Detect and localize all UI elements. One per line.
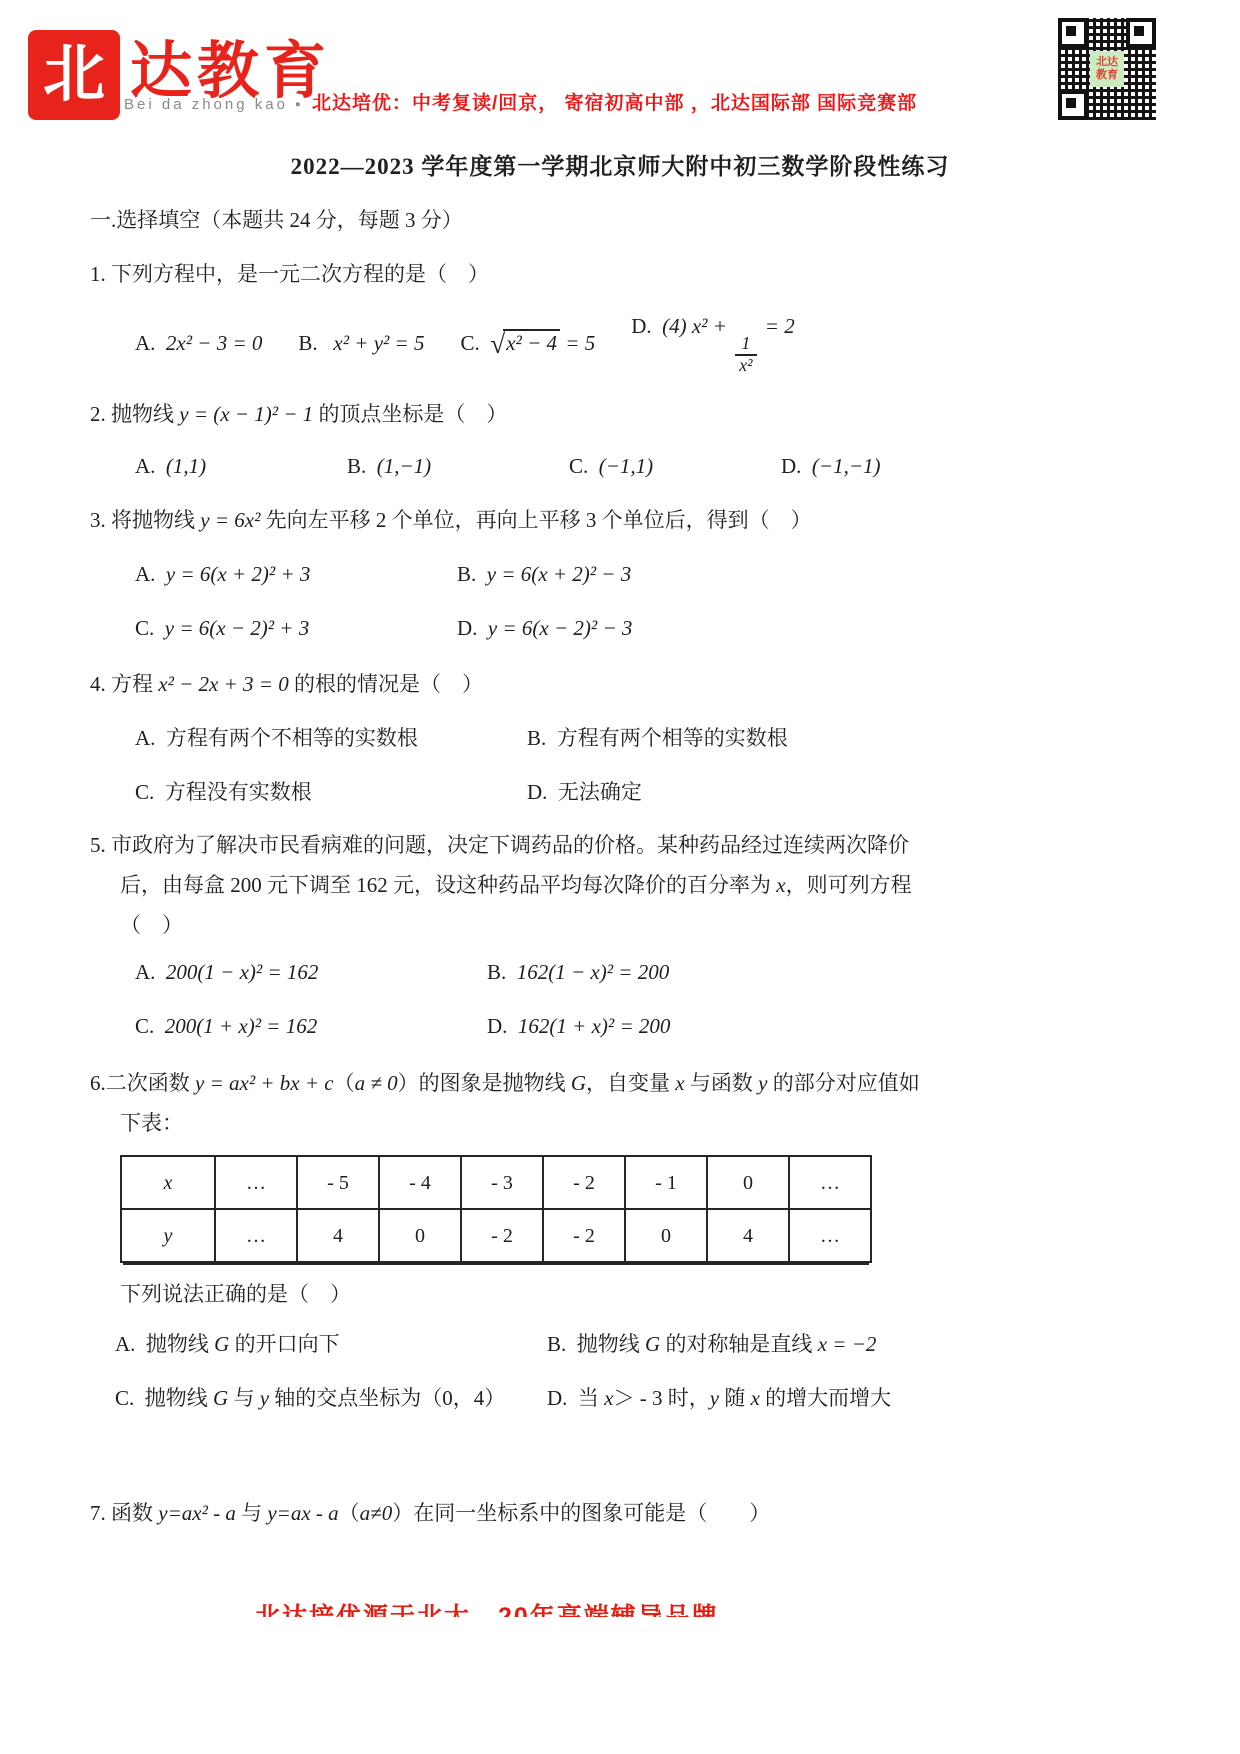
q2-option-a: A. (1,1) bbox=[135, 451, 347, 481]
q5-option-a: A. 200(1 − x)² = 162 bbox=[135, 957, 487, 987]
section-heading: 一.选择填空（本题共 24 分，每题 3 分） bbox=[90, 205, 958, 235]
q6-stem-line1: 6.二次函数 y = ax² + bx + c（a ≠ 0）的图象是抛物线 G，… bbox=[90, 1063, 958, 1103]
q4-stem: 4. 方程 x² − 2x + 3 = 0 的根的情况是（ ） bbox=[90, 669, 958, 699]
q2-options: A. (1,1) B. (1,−1) C. (−1,1) D. (−1,−1) bbox=[135, 451, 958, 481]
q6-table: x … - 5 - 4 - 3 - 2 - 1 0 … y … 4 0 - 2 … bbox=[120, 1155, 872, 1263]
q6-options: A. 抛物线 G 的开口向下 B. 抛物线 G 的对称轴是直线 x = −2 C… bbox=[115, 1329, 958, 1413]
q4-option-b: B. 方程有两个相等的实数根 bbox=[527, 723, 958, 753]
q3-options: A. y = 6(x + 2)² + 3 B. y = 6(x + 2)² − … bbox=[135, 559, 958, 643]
table-cell: 0 bbox=[379, 1209, 461, 1262]
footer-note: 北达培优源于北大，20年高端辅导品牌---- bbox=[255, 1597, 760, 1617]
q4-option-c: C. 方程没有实数根 bbox=[135, 777, 527, 807]
logo-seal-icon: 北 bbox=[28, 30, 120, 120]
q5-option-d: D. 162(1 + x)² = 200 bbox=[487, 1011, 958, 1041]
q4-option-d: D. 无法确定 bbox=[527, 777, 958, 807]
q3-option-b: B. y = 6(x + 2)² − 3 bbox=[457, 559, 958, 589]
seal-character: 北 bbox=[43, 44, 105, 106]
qr-label-line2: 教育 bbox=[1096, 69, 1118, 82]
logo-subtitle: Bei da zhong kao ▪ bbox=[124, 96, 303, 113]
q5-option-b: B. 162(1 − x)² = 200 bbox=[487, 957, 958, 987]
qr-center-label: 北达 教育 bbox=[1090, 51, 1124, 87]
q5-stem: 5. 市政府为了解决市民看病难的问题，决定下调药品的价格。某种药品经过连续两次降… bbox=[90, 825, 958, 945]
q4-option-a: A. 方程有两个不相等的实数根 bbox=[135, 723, 527, 753]
table-cell: … bbox=[215, 1209, 297, 1262]
table-cell: 0 bbox=[625, 1209, 707, 1262]
exam-page: 北 达教育 Bei da zhong kao ▪ 北达培优：中考复读/回京， 寄… bbox=[0, 0, 1240, 1754]
q6-table-row-x: x … - 5 - 4 - 3 - 2 - 1 0 … bbox=[121, 1156, 871, 1209]
q1-option-c: C. √x² − 4 = 5 bbox=[460, 328, 595, 359]
table-cell: … bbox=[215, 1156, 297, 1209]
table-cell: - 1 bbox=[625, 1156, 707, 1209]
q6-stem: 6.二次函数 y = ax² + bx + c（a ≠ 0）的图象是抛物线 G，… bbox=[90, 1063, 958, 1143]
q5-options: A. 200(1 − x)² = 162 B. 162(1 − x)² = 20… bbox=[135, 957, 958, 1041]
q6-table-row-y: y … 4 0 - 2 - 2 0 4 … bbox=[121, 1209, 871, 1262]
table-cell: … bbox=[789, 1156, 871, 1209]
q1-option-b: B. x² + y² = 5 bbox=[298, 328, 424, 358]
table-cell: - 4 bbox=[379, 1156, 461, 1209]
table-cell: - 2 bbox=[461, 1209, 543, 1262]
qr-label-line1: 北达 bbox=[1096, 56, 1118, 69]
q2-option-d: D. (−1,−1) bbox=[781, 451, 958, 481]
q1-option-d: D. (4) x² + 1x² = 2 bbox=[631, 311, 795, 376]
table-cell: … bbox=[789, 1209, 871, 1262]
header-slogan: 北达培优：中考复读/回京， 寄宿初高中部 ，北达国际部 国际竞赛部 bbox=[312, 88, 917, 115]
q3-stem: 3. 将抛物线 y = 6x² 先向左平移 2 个单位，再向上平移 3 个单位后… bbox=[90, 505, 958, 535]
q5-stem-line3: （ ） bbox=[120, 905, 958, 945]
q1-option-a: A. 2x² − 3 = 0 bbox=[135, 328, 262, 358]
exam-body: 一.选择填空（本题共 24 分，每题 3 分） 1. 下列方程中，是一元二次方程… bbox=[90, 205, 958, 1528]
qr-finder-icon bbox=[1126, 18, 1156, 48]
table-cell: 4 bbox=[297, 1209, 379, 1262]
qr-finder-icon bbox=[1058, 18, 1088, 48]
q5-stem-line1: 5. 市政府为了解决市民看病难的问题，决定下调药品的价格。某种药品经过连续两次降… bbox=[90, 825, 958, 865]
page-title: 2022—2023 学年度第一学期北京师大附中初三数学阶段性练习 bbox=[0, 148, 1240, 181]
q3-option-c: C. y = 6(x − 2)² + 3 bbox=[135, 613, 457, 643]
q6-option-c: C. 抛物线 G 与 y 轴的交点坐标为（0，4） bbox=[115, 1383, 547, 1413]
table-cell: - 2 bbox=[543, 1209, 625, 1262]
q7-stem: 7. 函数 y=ax² - a 与 y=ax - a（a≠0）在同一坐标系中的图… bbox=[90, 1498, 958, 1528]
table-cell: - 2 bbox=[543, 1156, 625, 1209]
q2-stem: 2. 抛物线 y = (x − 1)² − 1 的顶点坐标是（ ） bbox=[90, 399, 958, 429]
q6-option-b: B. 抛物线 G 的对称轴是直线 x = −2 bbox=[547, 1329, 958, 1359]
table-cell: - 5 bbox=[297, 1156, 379, 1209]
q6-stem-line2: 下表： bbox=[120, 1103, 958, 1143]
q2-option-b: B. (1,−1) bbox=[347, 451, 569, 481]
table-cell: 0 bbox=[707, 1156, 789, 1209]
table-row-label: x bbox=[121, 1156, 215, 1209]
q4-options: A. 方程有两个不相等的实数根 B. 方程有两个相等的实数根 C. 方程没有实数… bbox=[135, 723, 958, 807]
q5-option-c: C. 200(1 + x)² = 162 bbox=[135, 1011, 487, 1041]
q6-option-d: D. 当 x＞ - 3 时，y 随 x 的增大而增大 bbox=[547, 1383, 958, 1413]
q2-option-c: C. (−1,1) bbox=[569, 451, 781, 481]
q1-options: A. 2x² − 3 = 0 B. x² + y² = 5 C. √x² − 4… bbox=[135, 305, 958, 381]
q1-stem: 1. 下列方程中，是一元二次方程的是（ ） bbox=[90, 259, 958, 289]
table-row-label: y bbox=[121, 1209, 215, 1262]
qr-code: 北达 教育 bbox=[1058, 18, 1156, 120]
q3-option-a: A. y = 6(x + 2)² + 3 bbox=[135, 559, 457, 589]
q6-after-table: 下列说法正确的是（ ） bbox=[120, 1279, 958, 1309]
q6-option-a: A. 抛物线 G 的开口向下 bbox=[115, 1329, 547, 1359]
q3-option-d: D. y = 6(x − 2)² − 3 bbox=[457, 613, 958, 643]
qr-finder-icon bbox=[1058, 90, 1088, 120]
table-cell: - 3 bbox=[461, 1156, 543, 1209]
q5-stem-line2: 后，由每盒 200 元下调至 162 元，设这种药品平均每次降价的百分率为 x，… bbox=[120, 865, 958, 905]
table-cell: 4 bbox=[707, 1209, 789, 1262]
